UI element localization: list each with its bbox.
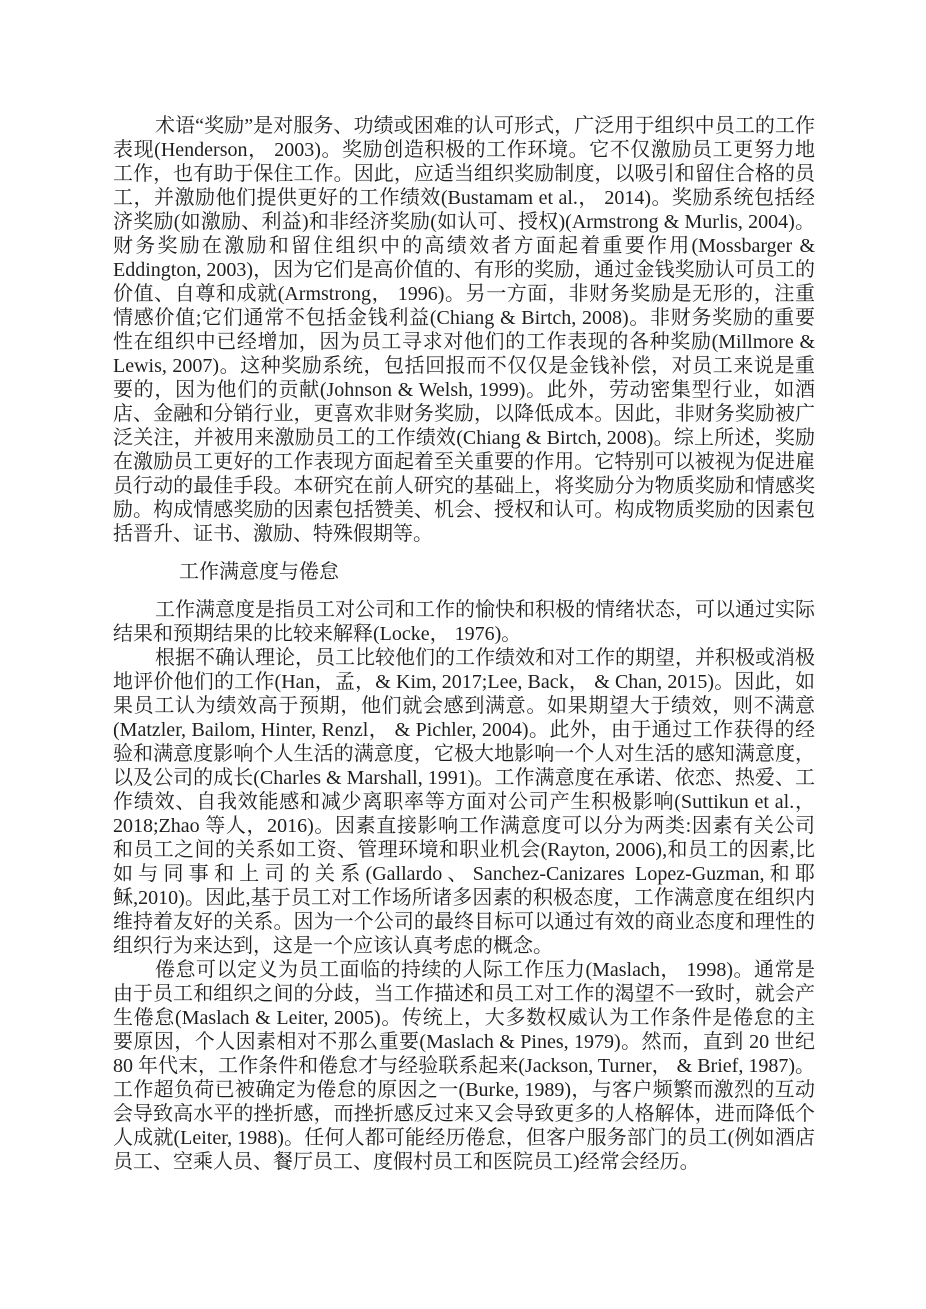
- paragraph-disconfirmation-theory: 根据不确认理论，员工比较他们的工作绩效和对工作的期望，并积极或消极地评价他们的工…: [113, 646, 815, 958]
- paragraph-job-satisfaction-definition: 工作满意度是指员工对公司和工作的愉快和积极的情绪状态，可以通过实际结果和预期结果…: [113, 598, 815, 646]
- document-page: { "page": { "background_color": "#ffffff…: [0, 0, 926, 1309]
- text-column: 术语“奖励”是对服务、功绩或困难的认可形式，广泛用于组织中员工的工作表现(Hen…: [113, 114, 815, 1174]
- paragraph-rewards-definition: 术语“奖励”是对服务、功绩或困难的认可形式，广泛用于组织中员工的工作表现(Hen…: [113, 114, 815, 546]
- section-heading-job-satisfaction-and-burnout: 工作满意度与倦怠: [113, 560, 815, 584]
- paragraph-burnout-definition: 倦怠可以定义为员工面临的持续的人际工作压力(Maslach， 1998)。通常是…: [113, 958, 815, 1174]
